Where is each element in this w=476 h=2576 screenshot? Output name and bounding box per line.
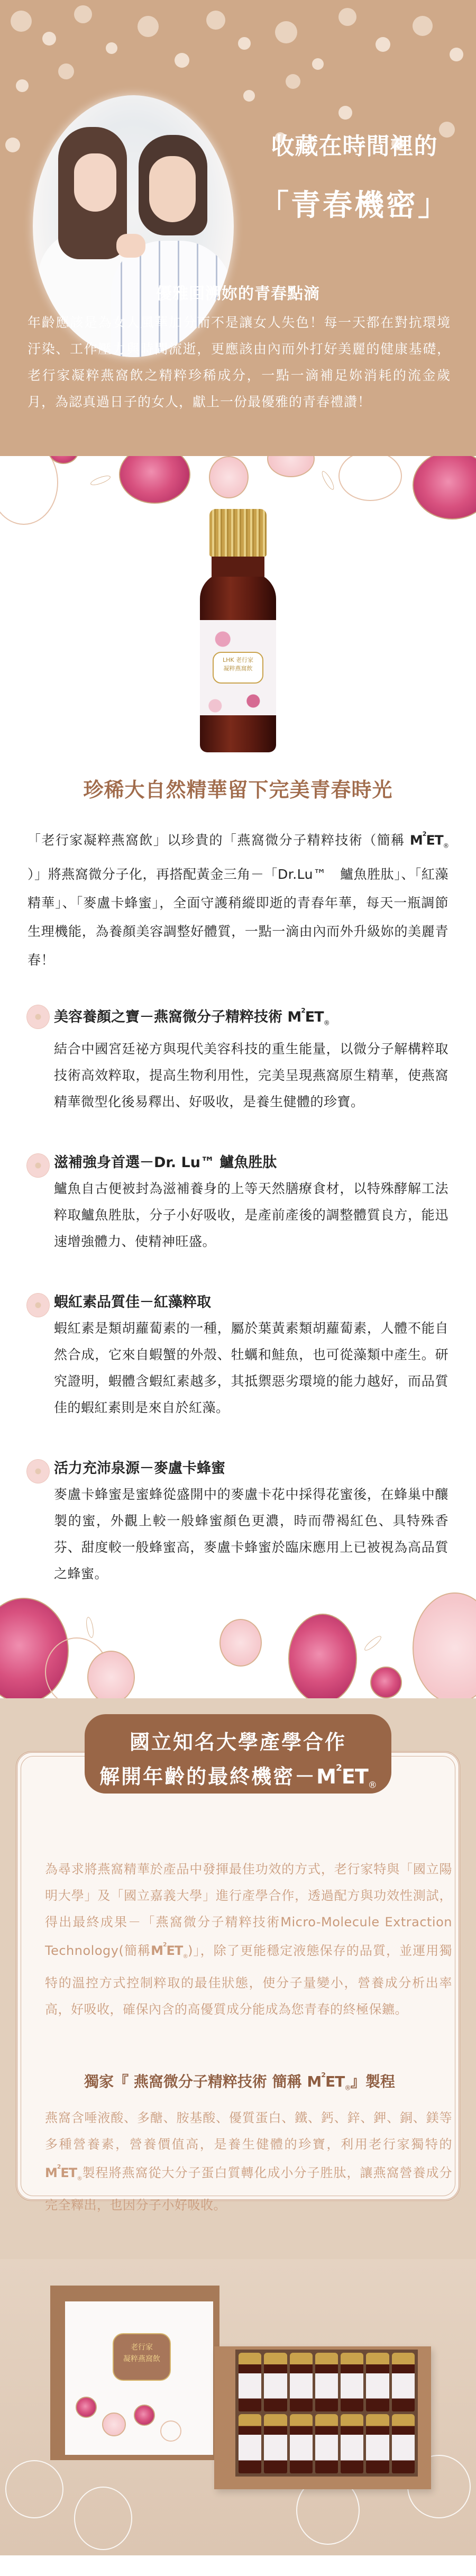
gift-box-tray [214, 2346, 431, 2489]
intro-section: 珍稀大自然精華留下完美青春時光 「老行家凝粹燕窩飲」以珍貴的「燕窩微分子精粹技術… [0, 768, 476, 975]
label-brand: LHK 老行家 [214, 656, 262, 665]
mini-bottle [366, 2414, 389, 2473]
collab-badge-line1: 國立知名大學產學合作 [85, 1714, 391, 1755]
feature-title: 蝦紅素品質佳－紅藻粹取 [54, 1292, 448, 1313]
flower-icon [413, 456, 476, 520]
hero-section: 收藏在時間裡的 「青春機密」 優雅回溯妳的青春點滴 年齡應該是為女人風華加分而不… [0, 0, 476, 456]
feature-body: 蝦紅素是類胡蘿蔔素的一種，屬於葉黃素類胡蘿蔔素，人體不能自然合成，它來自蝦蟹的外… [54, 1315, 448, 1421]
flower-icon [370, 1667, 402, 1698]
hero-subtitle: 優雅回溯妳的青春點滴 [0, 280, 476, 304]
feature-body: 麥盧卡蜂蜜是蜜蜂從盛開中的麥盧卡花中採得花蜜後，在蜂巢中釀製的蜜，外觀上較一般蜂… [54, 1481, 448, 1587]
leaf-icon [320, 470, 336, 491]
flower-icon [0, 456, 58, 525]
collab-frame: 為尋求將燕窩精華於產品中發揮最佳功效的方式，老行家特與「國立陽明大學」及「國立嘉… [16, 1751, 460, 2201]
hero-title-line2: 「青春機密」 [249, 182, 460, 224]
flower-icon [219, 1619, 262, 1667]
feature-title: 滋補強身首選－Dr. Lu™ 鱸魚胜肽 [54, 1152, 448, 1173]
gift-box-plaque: 老行家 凝粹燕窩飲 [113, 2333, 171, 2381]
flower-icon [87, 1651, 135, 1698]
mini-bottle [341, 2353, 363, 2412]
feature-item: 活力充沛泉源－麥盧卡蜂蜜 麥盧卡蜂蜜是蜜蜂從盛開中的麥盧卡花中採得花蜜後，在蜂巢… [21, 1458, 448, 1587]
leaf-icon [363, 1634, 383, 1652]
flower-icon [209, 456, 249, 498]
leaf-icon [85, 1616, 95, 1638]
feature-title: 活力充沛泉源－麥盧卡蜂蜜 [54, 1458, 448, 1479]
leaf-icon [89, 474, 112, 487]
mini-bottle [290, 2414, 313, 2473]
label-name: 凝粹燕窩飲 [214, 665, 262, 673]
bottle-label: LHK 老行家 凝粹燕窩飲 [200, 620, 276, 715]
peony-flower-icon [26, 1153, 50, 1178]
feature-body: 鱸魚自古便被封為滋補養身的上等天然膳療食材，以特殊酵解工法粹取鱸魚胜肽，分子小好… [54, 1176, 448, 1255]
collab-body2-text: 燕窩含唾液酸、多醣、胺基酸、優質蛋白、鐵、鈣、鋅、鉀、銅、鎂等多種營養素，營養價… [45, 2105, 452, 2218]
hero-body-text: 年齡應該是為女人風華加分而不是讓女人失色！每一天都在對抗環境汙染、工作壓力與時間… [28, 310, 451, 415]
flower-icon [413, 1592, 476, 1698]
gift-box-section: 老行家 凝粹燕窩飲 [0, 2259, 476, 2555]
outline-flower-icon [74, 2487, 132, 2550]
features-list: 美容養顏之寶－燕窩微分子精粹技術 M2ET® 結合中國宮廷祕方與現代美容科技的重… [0, 975, 476, 1587]
university-collaboration-section: 國立知名大學產學合作 解開年齡的最終機密－M2ET® 為尋求將燕窩精華於產品中發… [0, 1698, 476, 2259]
met-logo: M2ET® [45, 2158, 82, 2192]
collab-body-text: 為尋求將燕窩精華於產品中發揮最佳功效的方式，老行家特與「國立陽明大學」及「國立嘉… [45, 1856, 452, 2023]
collab-subtitle: 獨家『 燕窩微分子精粹技術 簡稱 M2ET®』製程 [17, 2070, 462, 2092]
met-logo: M2ET® [307, 2073, 350, 2092]
intro-body-text: 「老行家凝粹燕窩飲」以珍貴的「燕窩微分子精粹技術（簡稱 M2ET® ）」將燕窩微… [28, 824, 448, 975]
hero-title-line1: 收藏在時間裡的 [249, 127, 460, 161]
flower-icon [267, 456, 315, 477]
flower-icon [288, 1614, 357, 1698]
flower-icon [338, 456, 402, 501]
hero-title: 收藏在時間裡的 「青春機密」 [249, 127, 460, 224]
feature-item: 滋補強身首選－Dr. Lu™ 鱸魚胜肽 鱸魚自古便被封為滋補養身的上等天然膳療食… [21, 1152, 448, 1255]
collab-badge-line2: 解開年齡的最終機密－M2ET® [85, 1760, 391, 1791]
flower-icon [119, 456, 190, 504]
mini-bottle [290, 2353, 313, 2412]
bottle-cap [209, 509, 267, 557]
mini-bottle [315, 2353, 338, 2412]
mini-bottle [315, 2414, 338, 2473]
gift-box-lid: 老行家 凝粹燕窩飲 [50, 2286, 219, 2460]
collab-badge: 國立知名大學產學合作 解開年齡的最終機密－M2ET® [85, 1714, 391, 1794]
feature-title: 美容養顏之寶－燕窩微分子精粹技術 M2ET® [54, 1004, 448, 1033]
intro-title: 珍稀大自然精華留下完美青春時光 [28, 768, 448, 803]
met-logo: M2ET® [410, 824, 448, 860]
outline-flower-icon [5, 2460, 63, 2518]
product-page: 收藏在時間裡的 「青春機密」 優雅回溯妳的青春點滴 年齡應該是為女人風華加分而不… [0, 0, 476, 2555]
product-bottle-section: LHK 老行家 凝粹燕窩飲 [0, 541, 476, 768]
peony-flower-icon [26, 1459, 50, 1483]
feature-item: 美容養顏之寶－燕窩微分子精粹技術 M2ET® 結合中國宮廷祕方與現代美容科技的重… [21, 1004, 448, 1115]
met-logo: M2ET® [151, 1935, 188, 1970]
mini-bottle [392, 2414, 415, 2473]
met-logo: M2ET® [316, 1765, 377, 1791]
peony-flower-icon [26, 1005, 50, 1029]
mini-bottle [392, 2353, 415, 2412]
mini-bottle [239, 2353, 261, 2412]
mini-bottle [366, 2353, 389, 2412]
peony-flower-icon [26, 1293, 50, 1317]
product-bottle-image: LHK 老行家 凝粹燕窩飲 [196, 509, 280, 763]
mini-bottle [264, 2353, 287, 2412]
feature-item: 蝦紅素品質佳－紅藻粹取 蝦紅素是類胡蘿蔔素的一種，屬於葉黃素類胡蘿蔔素，人體不能… [21, 1292, 448, 1421]
met-logo: M2ET® [287, 1004, 329, 1033]
mini-bottle [341, 2414, 363, 2473]
floral-border-bottom [0, 1587, 476, 1698]
mini-bottle [264, 2414, 287, 2473]
mini-bottle [239, 2414, 261, 2473]
feature-body: 結合中國宮廷祕方與現代美容科技的重生能量，以微分子解構粹取技術高效粹取，提高生物… [54, 1036, 448, 1115]
